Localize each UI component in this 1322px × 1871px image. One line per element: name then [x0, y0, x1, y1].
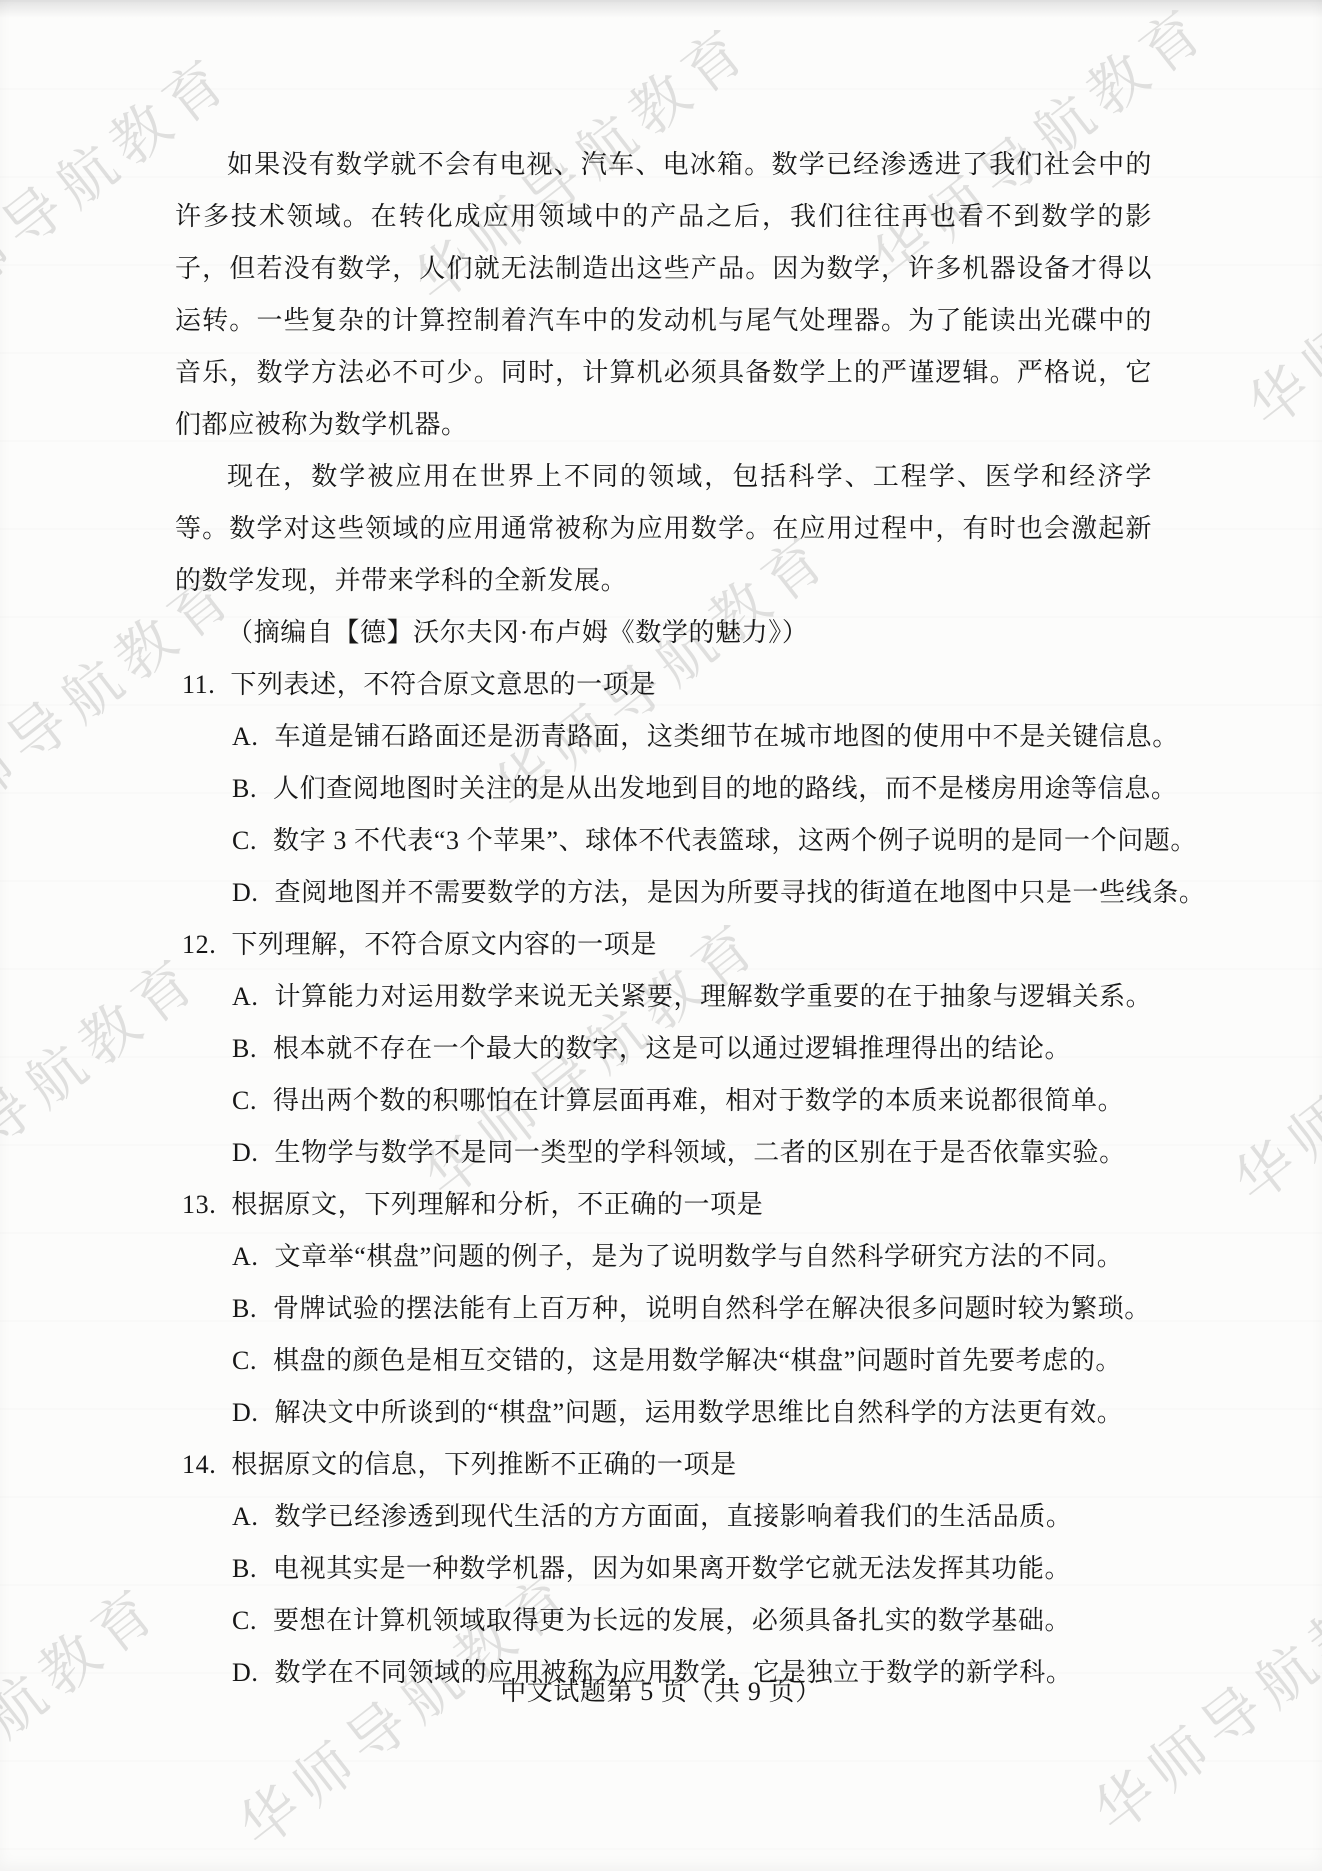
option-row: C.要想在计算机领域取得更为长远的发展，必须具备扎实的数学基础。	[175, 1595, 1152, 1647]
option-row: B.人们查阅地图时关注的是从出发地到目的地的路线，而不是楼房用途等信息。	[175, 763, 1152, 815]
reading-passage: 如果没有数学就不会有电视、汽车、电冰箱。数学已经渗透进了我们社会中的许多技术领域…	[175, 139, 1152, 659]
option-label: D.	[232, 1398, 258, 1427]
question-stem: 下列理解，不符合原文内容的一项是	[231, 930, 657, 959]
option-label: A.	[232, 1502, 258, 1531]
question-stem: 下列表述，不符合原文意思的一项是	[230, 670, 656, 699]
watermark: 华师导航教育	[1213, 901, 1322, 1218]
question-stem-line: 14.根据原文的信息，下列推断不正确的一项是	[175, 1439, 1152, 1491]
passage-paragraph: 如果没有数学就不会有电视、汽车、电冰箱。数学已经渗透进了我们社会中的许多技术领域…	[175, 139, 1152, 451]
option-text: 骨牌试验的摆法能有上百万种，说明自然科学在解决很多问题时较为繁琐。	[273, 1294, 1151, 1323]
option-label: B.	[232, 774, 257, 803]
option-label: C.	[232, 1086, 257, 1115]
option-text: 棋盘的颜色是相互交错的，这是用数学解决“棋盘”问题时首先要考虑的。	[273, 1346, 1122, 1375]
page-footer: 中文试题第 5 页（共 9 页）	[0, 1666, 1322, 1718]
option-text: 解决文中所谈到的“棋盘”问题，运用数学思维比自然科学的方法更有效。	[274, 1398, 1123, 1427]
option-list: A.计算能力对运用数学来说无关紧要，理解数学重要的在于抽象与逻辑关系。 B.根本…	[175, 971, 1152, 1179]
question-stem: 根据原文，下列理解和分析，不正确的一项是	[231, 1190, 763, 1219]
question-number: 14.	[182, 1450, 216, 1479]
option-list: A.车道是铺石路面还是沥青路面，这类细节在城市地图的使用中不是关键信息。 B.人…	[175, 711, 1152, 919]
option-text: 生物学与数学不是同一类型的学科领域，二者的区别在于是否依靠实验。	[274, 1138, 1125, 1167]
option-row: B.骨牌试验的摆法能有上百万种，说明自然科学在解决很多问题时较为繁琐。	[175, 1283, 1152, 1335]
option-row: A.数学已经渗透到现代生活的方方面面，直接影响着我们的生活品质。	[175, 1491, 1152, 1543]
option-row: A.文章举“棋盘”问题的例子，是为了说明数学与自然科学研究方法的不同。	[175, 1231, 1152, 1283]
option-row: B.电视其实是一种数学机器，因为如果离开数学它就无法发挥其功能。	[175, 1543, 1152, 1595]
question-stem-line: 12.下列理解，不符合原文内容的一项是	[175, 919, 1152, 971]
question-stem-line: 11.下列表述，不符合原文意思的一项是	[175, 659, 1152, 711]
option-label: A.	[232, 1242, 258, 1271]
passage-paragraph: 现在，数学被应用在世界上不同的领域，包括科学、工程学、医学和经济学等。数学对这些…	[175, 451, 1152, 607]
question-number: 11.	[182, 670, 215, 699]
question-number: 12.	[182, 930, 216, 959]
passage-attribution: （摘编自【德】沃尔夫冈·布卢姆《数学的魅力》）	[175, 607, 1152, 659]
option-label: C.	[232, 1346, 257, 1375]
option-list: A.文章举“棋盘”问题的例子，是为了说明数学与自然科学研究方法的不同。 B.骨牌…	[175, 1231, 1152, 1439]
option-label: C.	[232, 1606, 257, 1635]
question-item: 11.下列表述，不符合原文意思的一项是 A.车道是铺石路面还是沥青路面，这类细节…	[175, 659, 1152, 919]
watermark: 华师导航教育	[1227, 126, 1322, 443]
page-content: 如果没有数学就不会有电视、汽车、电冰箱。数学已经渗透进了我们社会中的许多技术领域…	[175, 139, 1152, 1699]
option-label: D.	[232, 1138, 258, 1167]
option-label: C.	[232, 826, 257, 855]
option-text: 人们查阅地图时关注的是从出发地到目的地的路线，而不是楼房用途等信息。	[273, 774, 1177, 803]
question-item: 14.根据原文的信息，下列推断不正确的一项是 A.数学已经渗透到现代生活的方方面…	[175, 1439, 1152, 1699]
option-text: 计算能力对运用数学来说无关紧要，理解数学重要的在于抽象与逻辑关系。	[274, 982, 1152, 1011]
question-number: 13.	[182, 1190, 216, 1219]
option-label: B.	[232, 1034, 257, 1063]
question-item: 13.根据原文，下列理解和分析，不正确的一项是 A.文章举“棋盘”问题的例子，是…	[175, 1179, 1152, 1439]
question-stem-line: 13.根据原文，下列理解和分析，不正确的一项是	[175, 1179, 1152, 1231]
option-text: 根本就不存在一个最大的数字，这是可以通过逻辑推理得出的结论。	[273, 1034, 1071, 1063]
option-text: 文章举“棋盘”问题的例子，是为了说明数学与自然科学研究方法的不同。	[274, 1242, 1123, 1271]
option-row: D.解决文中所谈到的“棋盘”问题，运用数学思维比自然科学的方法更有效。	[175, 1387, 1152, 1439]
option-text: 查阅地图并不需要数学的方法，是因为所要寻找的街道在地图中只是一些线条。	[274, 878, 1205, 907]
option-label: A.	[232, 982, 258, 1011]
option-text: 车道是铺石路面还是沥青路面，这类细节在城市地图的使用中不是关键信息。	[274, 722, 1178, 751]
option-text: 数学已经渗透到现代生活的方方面面，直接影响着我们的生活品质。	[274, 1502, 1072, 1531]
question-item: 12.下列理解，不符合原文内容的一项是 A.计算能力对运用数学来说无关紧要，理解…	[175, 919, 1152, 1179]
exam-paper-page: 华师导航教育华师导航教育华师导航教育华师导航教育华师导航教育华师导航教育华师导航…	[0, 0, 1322, 1871]
question-list: 11.下列表述，不符合原文意思的一项是 A.车道是铺石路面还是沥青路面，这类细节…	[175, 659, 1152, 1699]
option-row: A.计算能力对运用数学来说无关紧要，理解数学重要的在于抽象与逻辑关系。	[175, 971, 1152, 1023]
option-row: D.查阅地图并不需要数学的方法，是因为所要寻找的街道在地图中只是一些线条。	[175, 867, 1152, 919]
option-text: 数字 3 不代表“3 个苹果”、球体不代表篮球，这两个例子说明的是同一个问题。	[273, 826, 1197, 855]
option-label: B.	[232, 1294, 257, 1323]
option-text: 要想在计算机领域取得更为长远的发展，必须具备扎实的数学基础。	[273, 1606, 1071, 1635]
option-row: C.得出两个数的积哪怕在计算层面再难，相对于数学的本质来说都很简单。	[175, 1075, 1152, 1127]
option-row: B.根本就不存在一个最大的数字，这是可以通过逻辑推理得出的结论。	[175, 1023, 1152, 1075]
option-text: 得出两个数的积哪怕在计算层面再难，相对于数学的本质来说都很简单。	[273, 1086, 1124, 1115]
question-stem: 根据原文的信息，下列推断不正确的一项是	[231, 1450, 736, 1479]
option-label: B.	[232, 1554, 257, 1583]
option-label: D.	[232, 878, 258, 907]
option-label: A.	[232, 722, 258, 751]
option-row: A.车道是铺石路面还是沥青路面，这类细节在城市地图的使用中不是关键信息。	[175, 711, 1152, 763]
option-text: 电视其实是一种数学机器，因为如果离开数学它就无法发挥其功能。	[273, 1554, 1071, 1583]
option-row: C.数字 3 不代表“3 个苹果”、球体不代表篮球，这两个例子说明的是同一个问题…	[175, 815, 1152, 867]
option-row: C.棋盘的颜色是相互交错的，这是用数学解决“棋盘”问题时首先要考虑的。	[175, 1335, 1152, 1387]
option-row: D.生物学与数学不是同一类型的学科领域，二者的区别在于是否依靠实验。	[175, 1127, 1152, 1179]
